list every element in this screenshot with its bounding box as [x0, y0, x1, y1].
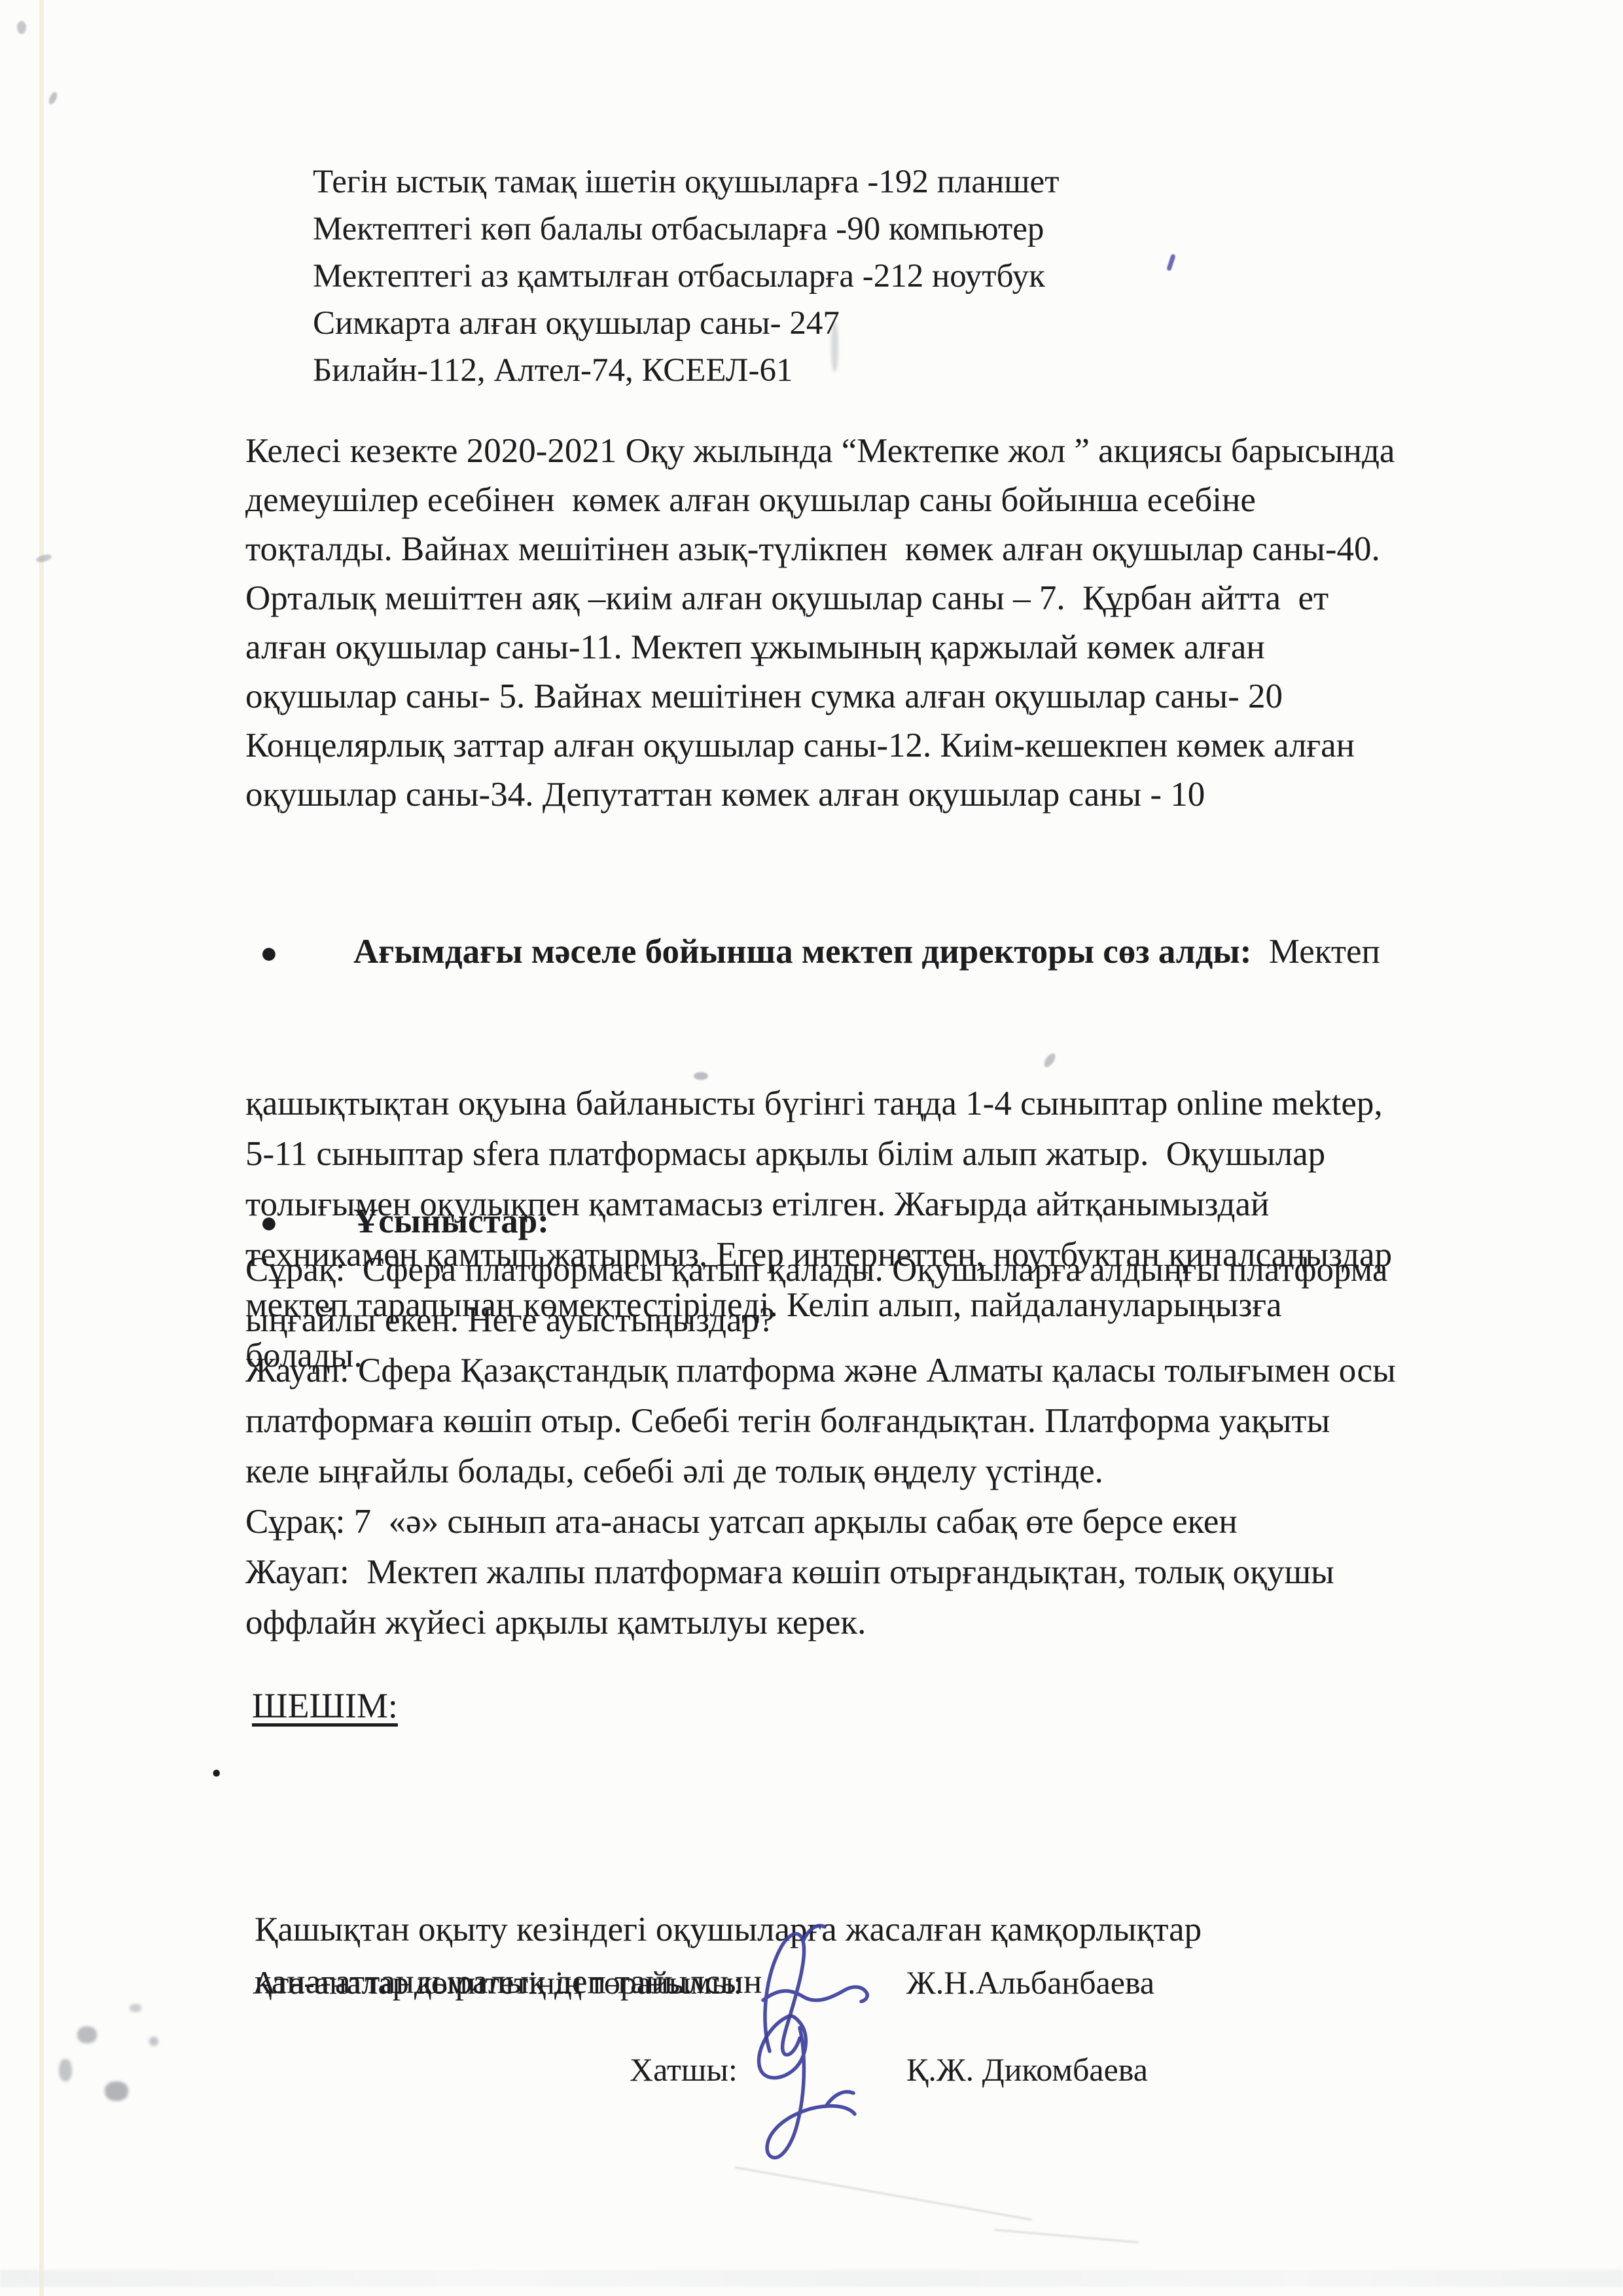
text-line: қашықтықтан оқуына байланысты бүгінгі та…: [245, 1079, 1392, 1129]
text-line: Сұрақ: 7 «ә» сынып ата-анасы уатсап арқы…: [245, 1497, 1396, 1547]
secretary-signature: [741, 2001, 888, 2168]
text-line: Симкарта алған оқушылар саны- 247: [313, 300, 1059, 347]
scan-bottom-band: [0, 2270, 1623, 2287]
text-line: Билайн-112, Алтел-74, КСЕЕЛ-61: [313, 347, 1059, 394]
director-speech-lead-rest: Мектеп: [1251, 933, 1380, 971]
text-line: Қашықтан оқыту кезіндегі оқушыларға жаса…: [255, 1903, 1202, 1956]
text-line: Келесі кезекте 2020-2021 Оқу жылында “Ме…: [245, 427, 1395, 476]
pen-mark: [1166, 254, 1176, 272]
text-line: Жауап: Мектеп жалпы платформаға көшіп от…: [245, 1547, 1396, 1598]
sponsor-report-paragraph: Келесі кезекте 2020-2021 Оқу жылында “Ме…: [245, 427, 1395, 819]
scan-smudge: [105, 2081, 128, 2101]
scan-smudge: [130, 2004, 141, 2012]
text-line: Орталық мешіттен аяқ –киім алған оқушыла…: [245, 574, 1395, 623]
chair-name: Ж.Н.Альбанбаева: [906, 1964, 1154, 2001]
scan-smudge: [59, 2059, 72, 2081]
aid-summary-list: Тегін ыстық тамақ ішетін оқушыларға -192…: [313, 158, 1059, 394]
text-line: оқушылар саны-34. Депутаттан көмек алған…: [245, 770, 1395, 819]
text-line: ыңғайлы екен. Неге ауыстыңыздар?: [245, 1295, 1396, 1346]
scan-edge-line: [39, 0, 44, 2296]
chair-label: Ата-аналар комитетінің төрайымы:: [253, 1964, 743, 2001]
text-line: 5-11 сыныптар sfera платформасы арқылы б…: [245, 1129, 1392, 1179]
scanned-protocol-page: Тегін ыстық тамақ ішетін оқушыларға -192…: [0, 0, 1623, 2296]
text-line: Тегін ыстық тамақ ішетін оқушыларға -192…: [313, 158, 1059, 206]
secretary-name: Қ.Ж. Дикомбаева: [906, 2051, 1148, 2089]
text-line: Мектептегі аз қамтылған отбасыларға -212…: [313, 253, 1059, 300]
text-line: демеушілер есебінен көмек алған оқушылар…: [245, 476, 1395, 525]
text-line: оффлайн жүйесі арқылы қамтылуы керек.: [245, 1598, 1396, 1648]
bullet-icon: ●: [245, 1197, 285, 1247]
suggestions-heading: Ұсыныстар:: [353, 1202, 549, 1240]
text-line: Жауап: Сфера Қазақстандық платформа және…: [245, 1346, 1396, 1396]
scan-speck: [17, 21, 26, 34]
scan-crease: [995, 2229, 1138, 2243]
text-line: алған оқушылар саны-11. Мектеп ұжымының …: [245, 623, 1395, 672]
decision-heading: ШЕШІМ:: [252, 1685, 398, 1726]
text-line: платформаға көшіп отыр. Себебі тегін бол…: [245, 1396, 1396, 1446]
scan-smudge: [149, 2037, 158, 2046]
text-line: Мектептегі көп балалы отбасыларға -90 ко…: [313, 206, 1059, 253]
bullet-icon: ●: [245, 927, 285, 978]
text-line: Концелярлық заттар алған оқушылар саны-1…: [245, 721, 1395, 770]
text-line: оқушылар саны- 5. Вайнах мешітінен сумка…: [245, 672, 1395, 721]
scan-speck: [47, 91, 59, 105]
director-speech-heading: Ағымдағы мәселе бойынша мектеп директоры…: [353, 933, 1251, 971]
suggestions-item: ●Ұсыныстар:: [245, 1196, 549, 1247]
text-line: Сұрақ: Сфера платформасы қатып қалады. О…: [245, 1245, 1396, 1295]
scan-crease: [735, 2166, 1032, 2221]
text-line: келе ыңғайлы болады, себебі әлі де толық…: [245, 1446, 1396, 1497]
bullet-icon: •: [211, 1748, 221, 1800]
scan-smudge: [77, 2026, 97, 2043]
text-line: тоқталды. Вайнах мешітінен азық-түлікпен…: [245, 525, 1395, 574]
director-speech-lead: ●Ағымдағы мәселе бойынша мектеп директор…: [245, 927, 1392, 978]
question-answer-block: Сұрақ: Сфера платформасы қатып қалады. О…: [245, 1245, 1396, 1648]
scan-speck: [35, 553, 52, 564]
secretary-label: Хатшы:: [630, 2051, 738, 2089]
